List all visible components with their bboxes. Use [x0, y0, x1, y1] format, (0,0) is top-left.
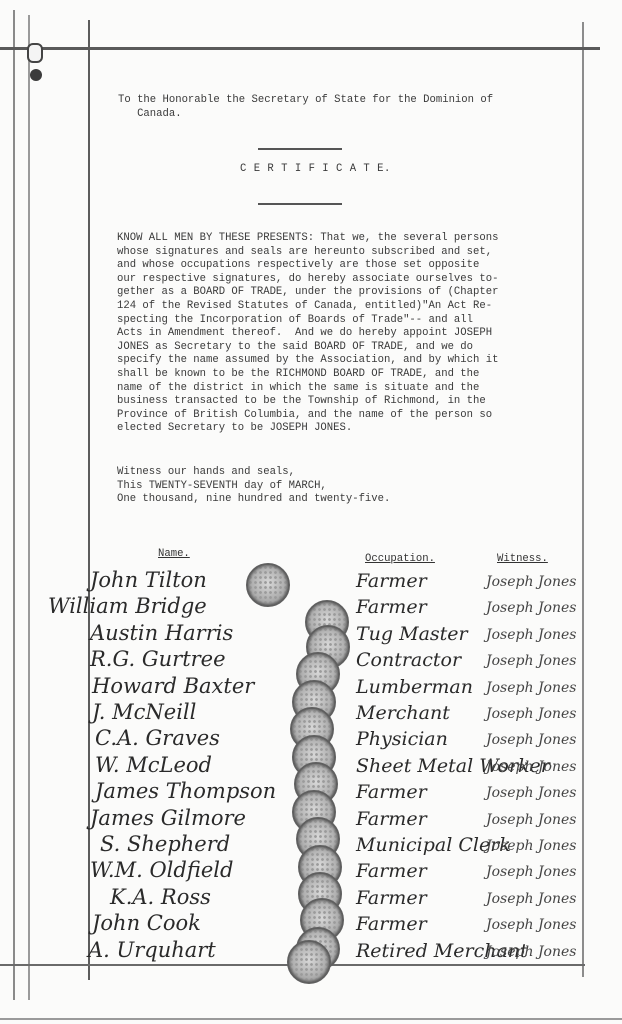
- witness-signature: Joseph Jones: [486, 680, 576, 696]
- addressee-line: To the Honorable the Secretary of State …: [118, 94, 493, 108]
- wax-seal-icon: [246, 563, 290, 607]
- witness-clause: Witness our hands and seals,This TWENTY-…: [117, 466, 390, 507]
- addressee-line: Canada.: [118, 108, 493, 122]
- margin-rule: [13, 10, 15, 1000]
- wax-seal-icon: [287, 940, 331, 984]
- margin-rule: [88, 20, 90, 980]
- body-line: specify the name assumed by the Associat…: [117, 354, 498, 368]
- witness-line: Witness our hands and seals,: [117, 466, 390, 480]
- binding-grommet-icon: [27, 43, 43, 63]
- margin-rule: [582, 22, 584, 977]
- signer-name: A. Urquhart: [88, 938, 216, 962]
- page-edge-rule: [0, 1018, 622, 1020]
- signer-occupation: Tug Master: [356, 623, 468, 645]
- witness-signature: Joseph Jones: [486, 600, 576, 616]
- punch-hole-icon: [30, 69, 42, 81]
- witness-signature: Joseph Jones: [486, 864, 576, 880]
- signer-occupation: Farmer: [356, 570, 427, 592]
- witness-signature: Joseph Jones: [486, 917, 576, 933]
- witness-signature: Joseph Jones: [486, 706, 576, 722]
- signer-name: C.A. Graves: [95, 726, 220, 750]
- witness-line: This TWENTY-SEVENTH day of MARCH,: [117, 480, 390, 494]
- signer-name: R.G. Gurtree: [90, 647, 226, 671]
- body-line: KNOW ALL MEN BY THESE PRESENTS: That we,…: [117, 232, 498, 246]
- column-header-occupation: Occupation.: [365, 553, 435, 565]
- certificate-body: KNOW ALL MEN BY THESE PRESENTS: That we,…: [117, 232, 498, 436]
- signer-occupation: Farmer: [356, 781, 427, 803]
- addressee: To the Honorable the Secretary of State …: [118, 94, 493, 121]
- body-line: Acts in Amendment thereof. And we do her…: [117, 327, 498, 341]
- signer-name: William Bridge: [48, 594, 207, 618]
- top-rule: [0, 47, 600, 50]
- body-line: business transacted to be the Township o…: [117, 395, 498, 409]
- body-line: JONES as Secretary to the said BOARD OF …: [117, 341, 498, 355]
- body-line: name of the district in which the same i…: [117, 382, 498, 396]
- witness-line: One thousand, nine hundred and twenty-fi…: [117, 493, 390, 507]
- signer-name: James Thompson: [95, 779, 276, 803]
- signer-name: W. McLeod: [95, 753, 212, 777]
- witness-signature: Joseph Jones: [486, 732, 576, 748]
- signer-name: K.A. Ross: [110, 885, 211, 909]
- signer-occupation: Farmer: [356, 887, 427, 909]
- certificate-page: To the Honorable the Secretary of State …: [0, 0, 622, 1024]
- body-line: 124 of the Revised Statutes of Canada, e…: [117, 300, 498, 314]
- title-divider: [258, 203, 342, 205]
- signer-occupation: Farmer: [356, 913, 427, 935]
- witness-signature: Joseph Jones: [486, 627, 576, 643]
- signer-name: S. Shepherd: [100, 832, 230, 856]
- body-line: our respective signatures, do hereby ass…: [117, 273, 498, 287]
- signer-name: James Gilmore: [90, 806, 246, 830]
- witness-signature: Joseph Jones: [486, 944, 576, 960]
- witness-signature: Joseph Jones: [486, 653, 576, 669]
- body-line: whose signatures and seals are hereunto …: [117, 246, 498, 260]
- signer-name: W.M. Oldfield: [90, 858, 233, 882]
- body-line: specting the Incorporation of Boards of …: [117, 314, 498, 328]
- signer-occupation: Farmer: [356, 808, 427, 830]
- signer-occupation: Contractor: [356, 649, 461, 671]
- margin-rule: [28, 15, 30, 1000]
- signer-name: John Cook: [92, 911, 201, 935]
- witness-signature: Joseph Jones: [486, 759, 576, 775]
- witness-signature: Joseph Jones: [486, 838, 576, 854]
- body-line: shall be known to be the RICHMOND BOARD …: [117, 368, 498, 382]
- signer-occupation: Physician: [356, 728, 448, 750]
- signer-occupation: Lumberman: [356, 676, 473, 698]
- signer-occupation: Farmer: [356, 596, 427, 618]
- witness-signature: Joseph Jones: [486, 574, 576, 590]
- title-divider: [258, 148, 342, 150]
- body-line: and whose occupations respectively are t…: [117, 259, 498, 273]
- body-line: gether as a BOARD OF TRADE, under the pr…: [117, 286, 498, 300]
- column-header-name: Name.: [158, 548, 190, 560]
- signer-name: John Tilton: [90, 568, 207, 592]
- witness-signature: Joseph Jones: [486, 891, 576, 907]
- signer-name: Austin Harris: [90, 621, 233, 645]
- witness-signature: Joseph Jones: [486, 812, 576, 828]
- signer-occupation: Farmer: [356, 860, 427, 882]
- signer-name: Howard Baxter: [92, 674, 254, 698]
- signer-name: J. McNeill: [92, 700, 196, 724]
- document-title: C E R T I F I C A T E.: [240, 163, 391, 177]
- column-header-witness: Witness.: [497, 553, 548, 565]
- body-line: Province of British Columbia, and the na…: [117, 409, 498, 423]
- signer-occupation: Merchant: [356, 702, 450, 724]
- body-line: elected Secretary to be JOSEPH JONES.: [117, 422, 498, 436]
- witness-signature: Joseph Jones: [486, 785, 576, 801]
